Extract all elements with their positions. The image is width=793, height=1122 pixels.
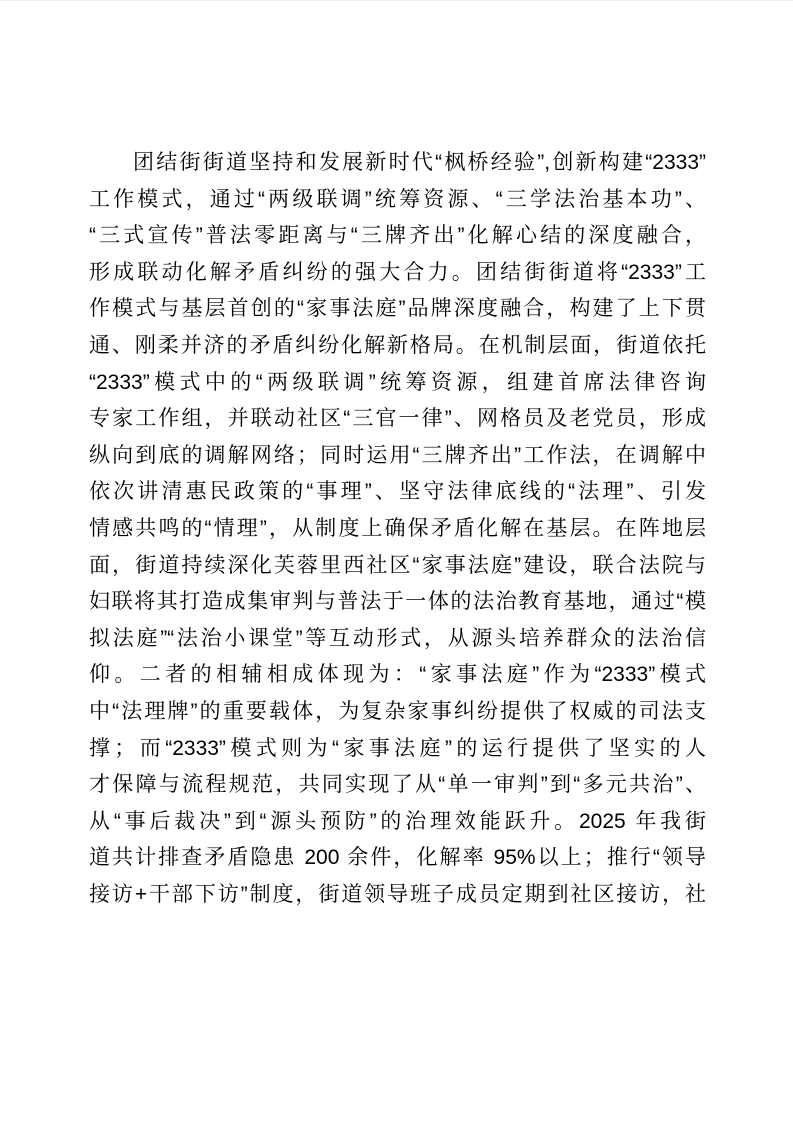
paragraph-line: 工作模式，通过“两级联调”统筹资源、“三学法治基本功”、 xyxy=(89,182,706,219)
paragraph-line: 通、刚柔并济的矛盾纠纷化解新格局。在机制层面，街道依托 xyxy=(89,328,706,365)
paragraph-line: 从“事后裁决”到“源头预防”的治理效能跃升。2025 年我街 xyxy=(89,804,706,841)
paragraph-line: 接访+干部下访”制度，街道领导班子成员定期到社区接访，社 xyxy=(89,877,706,914)
paragraph-line: 作模式与基层首创的“家事法庭”品牌深度融合，构建了上下贯 xyxy=(89,291,706,328)
paragraph-line: 拟法庭”“法治小课堂”等互动形式，从源头培养群众的法治信 xyxy=(89,621,706,658)
paragraph-line: 面，街道持续深化芙蓉里西社区“家事法庭”建设，联合法院与 xyxy=(89,548,706,585)
paragraph-line: “2333”模式中的“两级联调”统筹资源，组建首席法律咨询 xyxy=(89,365,706,402)
paragraph-line: “三式宣传”普法零距离与“三牌齐出”化解心结的深度融合， xyxy=(89,218,706,255)
paragraph-line: 妇联将其打造成集审判与普法于一体的法治教育基地，通过“模 xyxy=(89,584,706,621)
paragraph-line: 专家工作组，并联动社区“三官一律”、网格员及老党员，形成 xyxy=(89,401,706,438)
paragraph-line: 情感共鸣的“情理”，从制度上确保矛盾化解在基层。在阵地层 xyxy=(89,511,706,548)
paragraph-line: 撑；而“2333”模式则为“家事法庭”的运行提供了坚实的人 xyxy=(89,731,706,768)
document-page: 团结街街道坚持和发展新时代“枫桥经验”,创新构建“2333”工作模式，通过“两级… xyxy=(0,0,793,1122)
paragraph-line: 才保障与流程规范，共同实现了从“单一审判”到“多元共治”、 xyxy=(89,767,706,804)
paragraph-line: 形成联动化解矛盾纠纷的强大合力。团结街街道将“2333”工 xyxy=(89,255,706,292)
paragraph-line: 团结街街道坚持和发展新时代“枫桥经验”,创新构建“2333” xyxy=(89,145,706,182)
paragraph-line: 道共计排查矛盾隐患 200 余件，化解率 95%以上；推行“领导 xyxy=(89,840,706,877)
paragraph-line: 依次讲清惠民政策的“事理”、坚守法律底线的“法理”、引发 xyxy=(89,474,706,511)
body-paragraph: 团结街街道坚持和发展新时代“枫桥经验”,创新构建“2333”工作模式，通过“两级… xyxy=(89,145,706,913)
paragraph-line: 中“法理牌”的重要载体，为复杂家事纠纷提供了权威的司法支 xyxy=(89,694,706,731)
paragraph-line: 仰。二者的相辅相成体现为：“家事法庭”作为“2333”模式 xyxy=(89,657,706,694)
paragraph-line: 纵向到底的调解网络；同时运用“三牌齐出”工作法，在调解中 xyxy=(89,438,706,475)
